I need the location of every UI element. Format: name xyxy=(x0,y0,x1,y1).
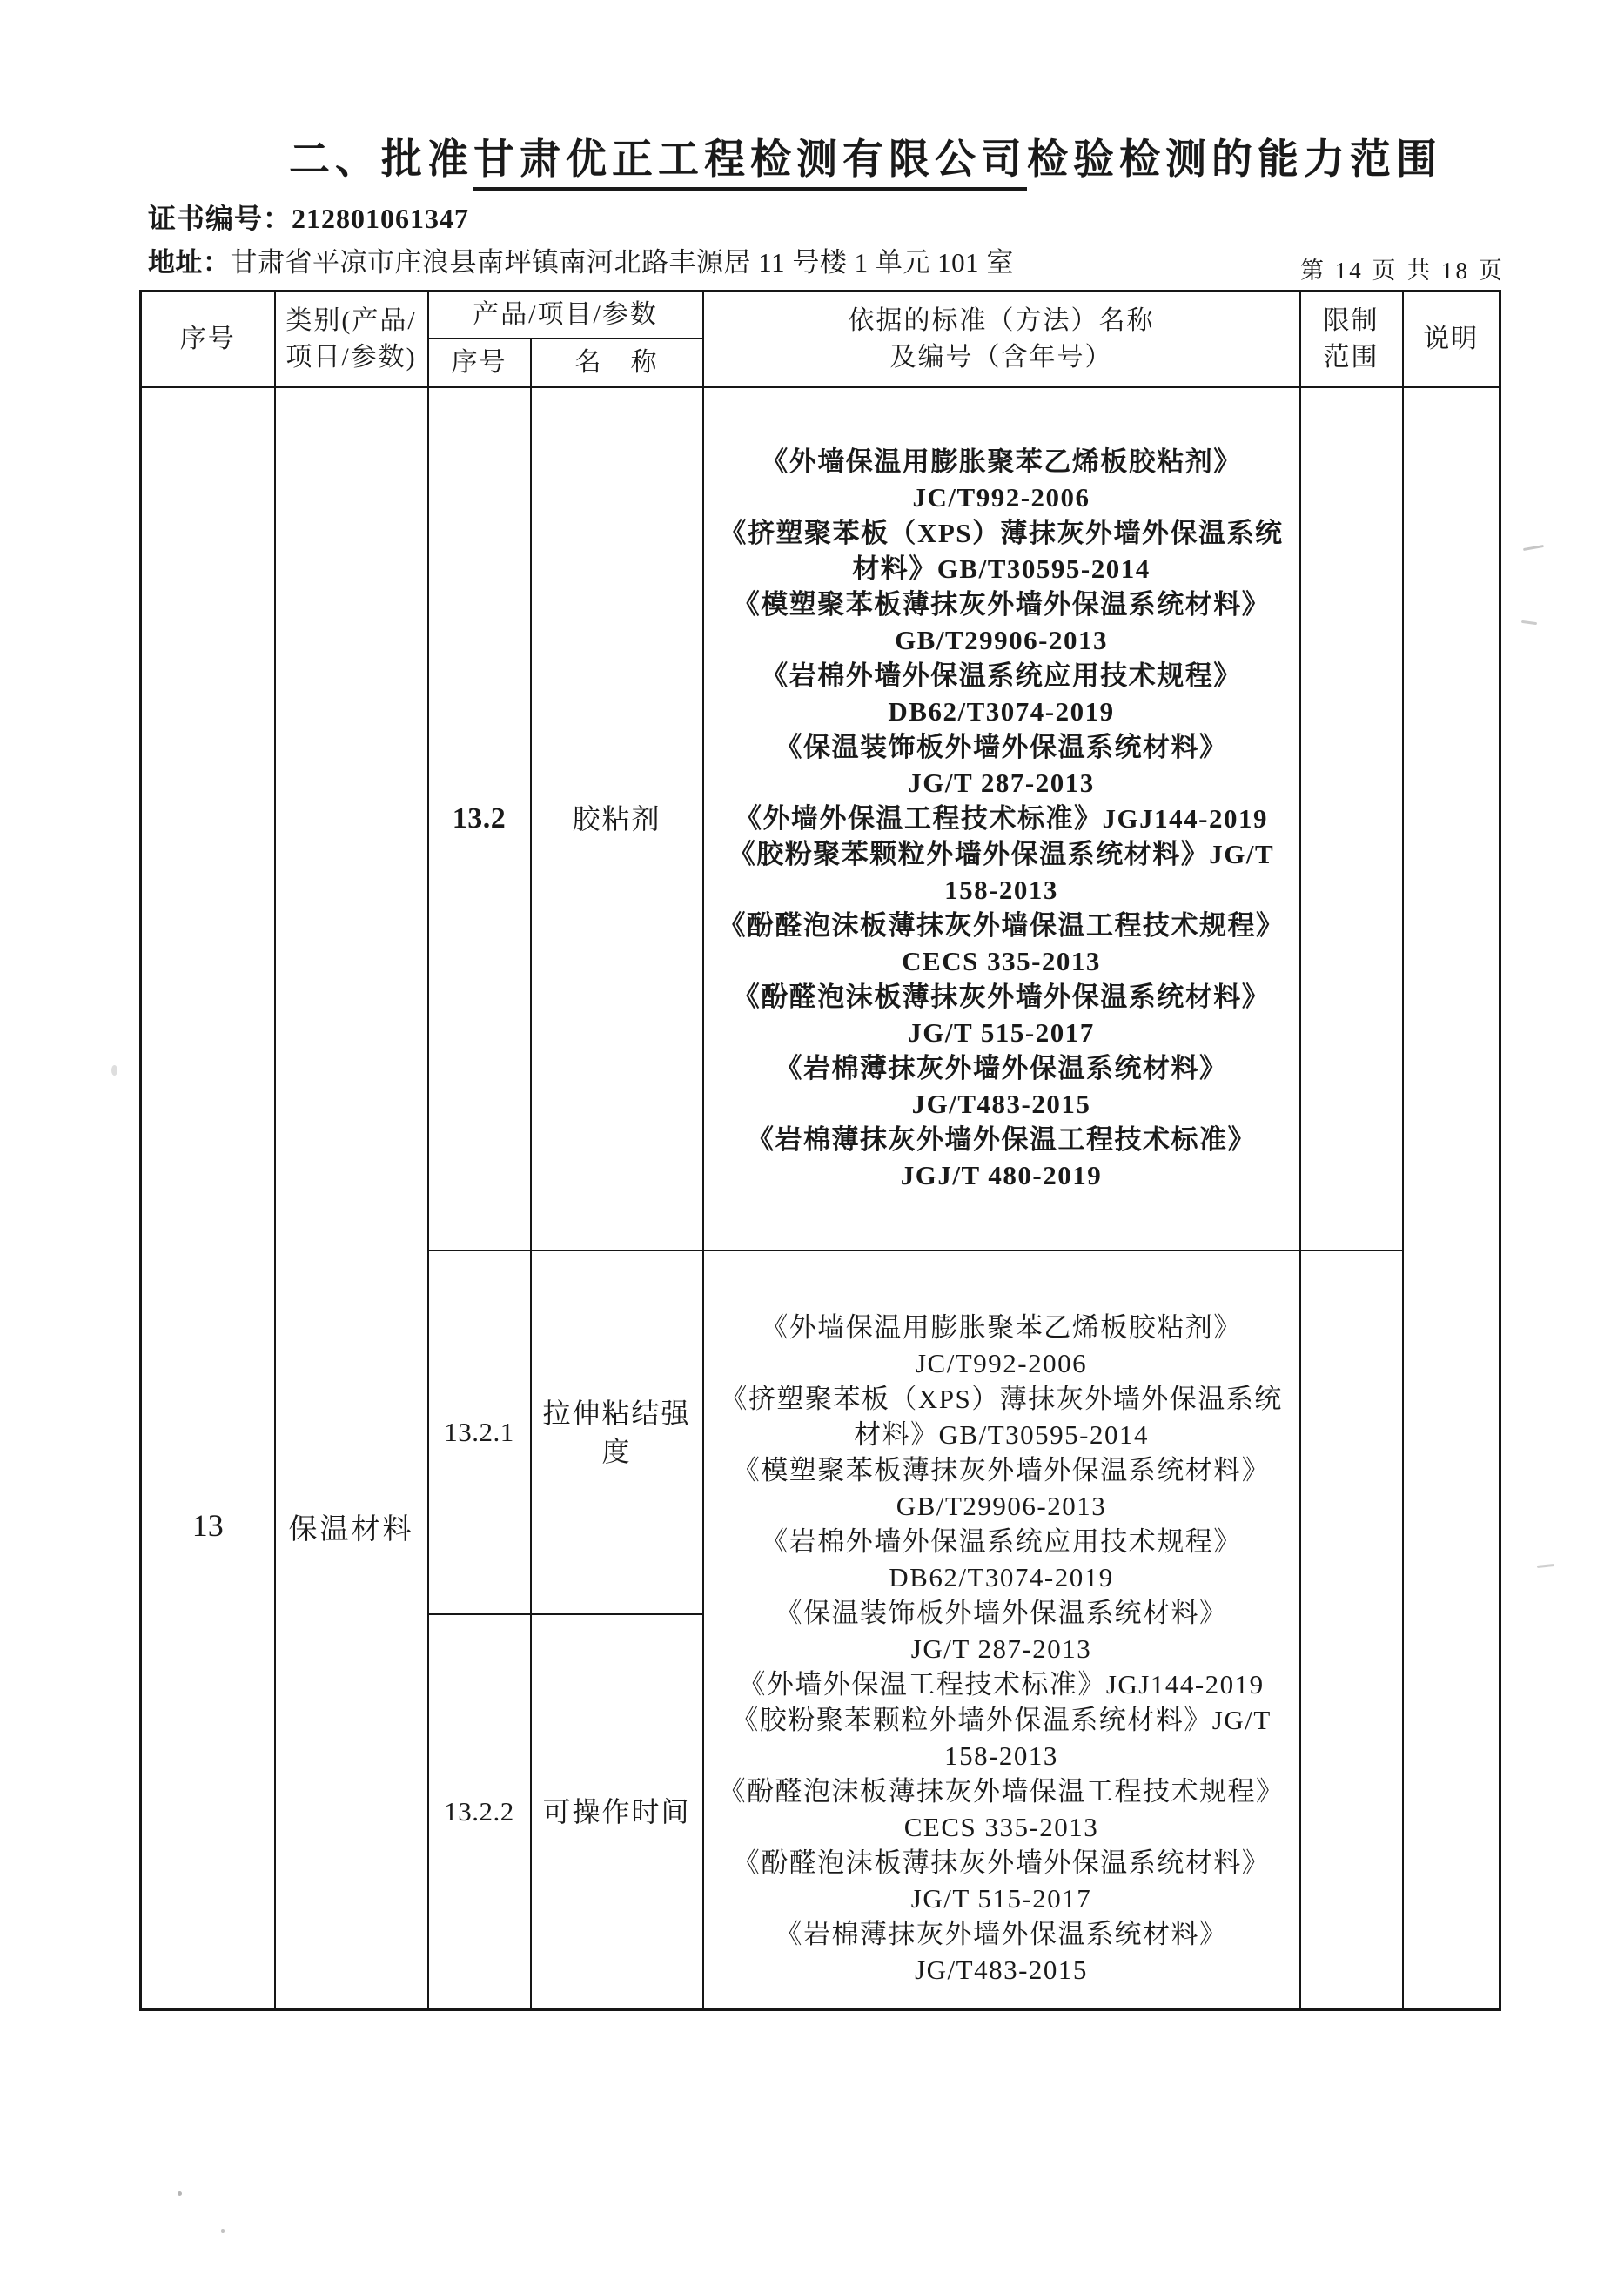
certificate-number: 212801061347 xyxy=(292,203,469,234)
cell-category-name: 保温材料 xyxy=(275,387,428,2010)
cell-standards-13-2-1-and-13-2-2: 《外墙保温用膨胀聚苯乙烯板胶粘剂》JC/T992-2006《挤塑聚苯板（XPS）… xyxy=(703,1250,1300,2010)
header-col-index: 序号 xyxy=(141,292,275,387)
cell-note xyxy=(1403,387,1500,2010)
header-col-sub-name: 名 称 xyxy=(531,339,703,387)
address-line: 地址：甘肃省平凉市庄浪县南坪镇南河北路丰源居 11 号楼 1 单元 101 室 xyxy=(148,240,1014,279)
scan-artifact xyxy=(1537,1564,1554,1568)
category-name-value: 保温材料 xyxy=(276,1506,427,1547)
header-col-sub-index: 序号 xyxy=(428,339,531,387)
cell-item-name-13-2: 胶粘剂 xyxy=(531,387,703,1250)
cell-item-index-13-2-1: 13.2.1 xyxy=(428,1250,531,1614)
cell-limit-13-2-1-and-13-2-2 xyxy=(1300,1250,1403,2010)
scan-artifact xyxy=(111,1065,117,1076)
title-suffix: 检验检测的能力范围 xyxy=(1027,137,1442,183)
scan-artifact xyxy=(1521,620,1537,625)
scan-artifact xyxy=(178,2191,182,2196)
header-col-category: 类别(产品/项目/参数) xyxy=(275,292,428,387)
cell-item-index-13-2: 13.2 xyxy=(428,387,531,1250)
header-col-limit-scope: 限制范围 xyxy=(1300,292,1403,387)
title-company-underlined: 甘肃优正工程检测有限公司 xyxy=(473,137,1027,191)
cell-item-name-13-2-2: 可操作时间 xyxy=(531,1614,703,2010)
certificate-label: 证书编号： xyxy=(148,203,292,234)
header-col-standard: 依据的标准（方法）名称及编号（含年号） xyxy=(703,292,1300,387)
title-prefix: 二、批准 xyxy=(289,137,473,183)
cell-item-index-13-2-2: 13.2.2 xyxy=(428,1614,531,2010)
page-indicator: 第 14 页 共 18 页 xyxy=(1300,251,1505,285)
scanned-document-page: { "colors": { "ink": "#1a1a1a", "paper":… xyxy=(0,0,1624,2293)
address-value: 甘肃省平凉市庄浪县南坪镇南河北路丰源居 11 号楼 1 单元 101 室 xyxy=(231,247,1014,278)
header-col-note: 说明 xyxy=(1403,292,1500,387)
cell-item-name-13-2-1: 拉伸粘结强度 xyxy=(531,1250,703,1614)
cell-category-index: 13 xyxy=(141,387,275,2010)
cell-standards-13-2: 《外墙保温用膨胀聚苯乙烯板胶粘剂》JC/T992-2006《挤塑聚苯板（XPS）… xyxy=(703,387,1300,1250)
address-label: 地址： xyxy=(148,247,231,278)
cell-limit-13-2 xyxy=(1300,387,1403,1250)
category-index-value: 13 xyxy=(142,1507,274,1544)
scan-artifact xyxy=(221,2229,225,2233)
scan-artifact xyxy=(1523,545,1544,551)
capability-scope-table: 序号 类别(产品/项目/参数) 产品/项目/参数 依据的标准（方法）名称及编号（… xyxy=(139,290,1501,2011)
certificate-number-line: 证书编号：212801061347 xyxy=(148,197,469,237)
page-title: 二、批准甘肃优正工程检测有限公司检验检测的能力范围 xyxy=(289,127,1442,185)
header-col-product-group: 产品/项目/参数 xyxy=(428,292,703,339)
